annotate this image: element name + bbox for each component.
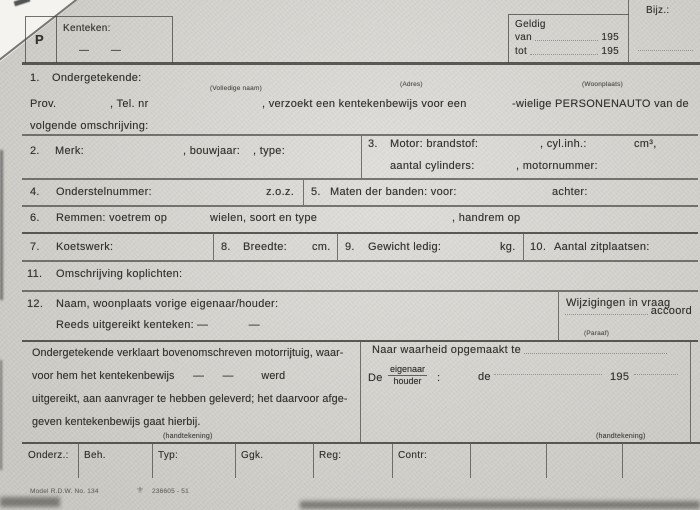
kg-unit: kg. xyxy=(500,241,516,253)
scanned-registration-form: P Kenteken: — — Geldig van 195 tot 195 B… xyxy=(0,0,700,510)
motor-label: Motor: brandstof: xyxy=(390,138,478,150)
tel-label: , Tel. nr xyxy=(110,98,149,110)
s3-num: 3. xyxy=(368,138,378,150)
rule xyxy=(22,178,698,180)
rule xyxy=(22,134,698,136)
p-box: P xyxy=(25,16,57,63)
attest-year: 195 xyxy=(610,371,629,383)
de-label: De xyxy=(368,372,383,384)
rule xyxy=(22,290,698,292)
kenteken-dashes: — — xyxy=(79,45,121,56)
verzoekt-text: , verzoekt een kentekenbewijs voor een xyxy=(262,98,467,110)
scan-edge-streak xyxy=(0,150,3,300)
eigenaar-houder-fraction: eigenaar houder xyxy=(388,364,427,387)
rule xyxy=(22,442,700,444)
tot-year: 195 xyxy=(601,46,619,57)
admin-divider xyxy=(546,444,547,478)
koetswerk-label: Koetswerk: xyxy=(56,241,113,253)
s1-label: Ondergetekende: xyxy=(52,72,142,84)
fraction-colon: : xyxy=(437,372,440,384)
handtekening-caption-left: (handtekening) xyxy=(163,433,213,441)
admin-divider xyxy=(313,444,314,478)
s1-num: 1. xyxy=(30,72,40,84)
s4-num: 4. xyxy=(30,186,40,198)
opgemaakt-row: Naar waarheid opgemaakt te xyxy=(372,342,670,356)
s11-num: 11. xyxy=(27,268,42,280)
zitplaatsen-label: Aantal zitplaatsen: xyxy=(554,241,650,253)
kenteken-label: Kenteken: xyxy=(63,23,111,34)
van-label: van xyxy=(515,32,532,43)
kenteken-dashes-2: — — xyxy=(197,319,260,331)
dotted-leader xyxy=(530,53,598,55)
s6-num: 6. xyxy=(30,212,40,224)
eigenaar-label: eigenaar xyxy=(388,364,427,376)
rule xyxy=(22,260,698,262)
dotted-leader xyxy=(565,313,648,315)
van-year: 195 xyxy=(601,32,619,43)
kenteken-box: Kenteken: — — xyxy=(55,16,173,63)
admin-divider xyxy=(622,444,623,478)
s8-num: 8. xyxy=(221,241,231,253)
cell-divider xyxy=(361,136,362,178)
aantal-cylinders-label: aantal cylinders: xyxy=(390,160,475,172)
de2-label: de xyxy=(478,371,491,383)
caption-adres: (Adres) xyxy=(400,81,423,88)
admin-divider xyxy=(78,444,79,478)
declaration-line1: Ondergetekende verklaart bovenomschreven… xyxy=(32,348,343,360)
achter-label: achter: xyxy=(552,186,588,198)
volgende-text: volgende omschrijving: xyxy=(30,120,149,132)
wielige-text: -wielige PERSONENAUTO van de xyxy=(512,98,689,110)
cell-divider xyxy=(213,234,214,260)
cell-divider xyxy=(360,342,361,442)
scan-smudge xyxy=(300,501,700,509)
cell-divider xyxy=(558,292,559,340)
cylinh-label: , cyl.inh.: xyxy=(540,138,587,150)
rdw-crest-icon: ⚜ xyxy=(136,485,144,496)
admin-cell-reg: Reg: xyxy=(319,450,341,461)
reeds-uitgereikt-label: Reeds uitgereikt kenteken: xyxy=(56,319,194,331)
print-code: 236605 - 51 xyxy=(152,488,189,495)
bijz-label: Bijz.: xyxy=(646,5,669,16)
geldig-van-row: van 195 xyxy=(515,32,619,43)
koplichten-label: Omschrijving koplichten: xyxy=(56,268,182,280)
gewicht-label: Gewicht ledig: xyxy=(368,241,441,253)
bouwjaar-label: , bouwjaar: xyxy=(183,145,240,157)
dotted-leader xyxy=(634,374,678,375)
cm3-unit: cm³, xyxy=(634,138,657,150)
wielen-label: wielen, soort en type xyxy=(210,212,317,224)
rule xyxy=(22,205,698,207)
admin-divider xyxy=(152,444,153,478)
geldig-box: Geldig van 195 tot 195 xyxy=(508,14,629,63)
admin-divider xyxy=(392,444,393,478)
declaration-line4: geven kentekenbewijs gaat hierbij. xyxy=(32,417,200,429)
merk-label: Merk: xyxy=(55,145,84,157)
rule xyxy=(22,62,700,65)
caption-volledige-naam: (Volledige naam) xyxy=(210,85,262,92)
admin-cell-ggk: Ggk. xyxy=(241,450,263,461)
geldig-tot-row: tot 195 xyxy=(515,46,619,57)
motornummer-label: , motornummer: xyxy=(516,160,598,172)
header-divider xyxy=(628,0,629,62)
naar-waarheid-label: Naar waarheid opgemaakt te xyxy=(372,344,521,356)
dotted-leader xyxy=(494,374,602,375)
onderstelnummer-label: Onderstelnummer: xyxy=(56,186,152,198)
form-model-number: Model R.D.W. No. 134 xyxy=(30,488,99,495)
s2-num: 2. xyxy=(30,145,40,157)
handrem-label: , handrem op xyxy=(452,212,520,224)
s10-num: 10. xyxy=(530,241,546,253)
caption-woonplaats: (Woonplaats) xyxy=(582,81,623,88)
cell-divider xyxy=(337,234,338,260)
dotted-leader xyxy=(535,39,598,41)
s5-num: 5. xyxy=(311,186,321,198)
admin-cell-onderz: Onderz.: xyxy=(28,450,69,461)
accoord-label: accoord xyxy=(651,305,692,317)
declaration-line3: uitgereikt, aan aanvrager te hebben gele… xyxy=(32,394,348,406)
s7-num: 7. xyxy=(30,241,40,253)
cell-divider xyxy=(690,342,691,442)
scan-edge-streak xyxy=(0,360,2,470)
admin-cell-contr: Contr: xyxy=(398,450,427,461)
s12-num: 12. xyxy=(27,298,43,310)
scan-smudge xyxy=(0,497,60,507)
declaration-line2: voor hem het kentekenbewijs — — werd xyxy=(32,371,285,383)
rule xyxy=(22,232,698,234)
dotted-leader xyxy=(524,352,667,354)
tot-label: tot xyxy=(515,46,527,57)
prov-label: Prov. xyxy=(30,98,56,110)
bijz-dotted-line xyxy=(638,50,693,51)
geldig-label: Geldig xyxy=(515,19,546,30)
maten-banden-label: Maten der banden: voor: xyxy=(330,186,457,198)
type-label: , type: xyxy=(253,145,285,157)
admin-cell-beh: Beh. xyxy=(84,450,106,461)
cm-unit: cm. xyxy=(312,241,331,253)
accoord-row: accoord xyxy=(562,305,692,317)
admin-divider xyxy=(235,444,236,478)
remmen-label: Remmen: voetrem op xyxy=(56,212,167,224)
cell-divider xyxy=(523,234,524,260)
breedte-label: Breedte: xyxy=(243,241,287,253)
s9-num: 9. xyxy=(345,241,355,253)
houder-label: houder xyxy=(394,376,422,386)
admin-cell-typ: Typ: xyxy=(158,450,178,461)
vorige-eigenaar-label: Naam, woonplaats vorige eigenaar/houder: xyxy=(56,298,278,310)
paraaf-caption: (Paraaf) xyxy=(584,330,609,337)
p-code: P xyxy=(35,33,44,47)
handtekening-caption-right: (handtekening) xyxy=(596,433,646,441)
zoz-label: z.o.z. xyxy=(266,186,294,198)
cell-divider xyxy=(303,180,304,205)
admin-divider xyxy=(470,444,471,478)
